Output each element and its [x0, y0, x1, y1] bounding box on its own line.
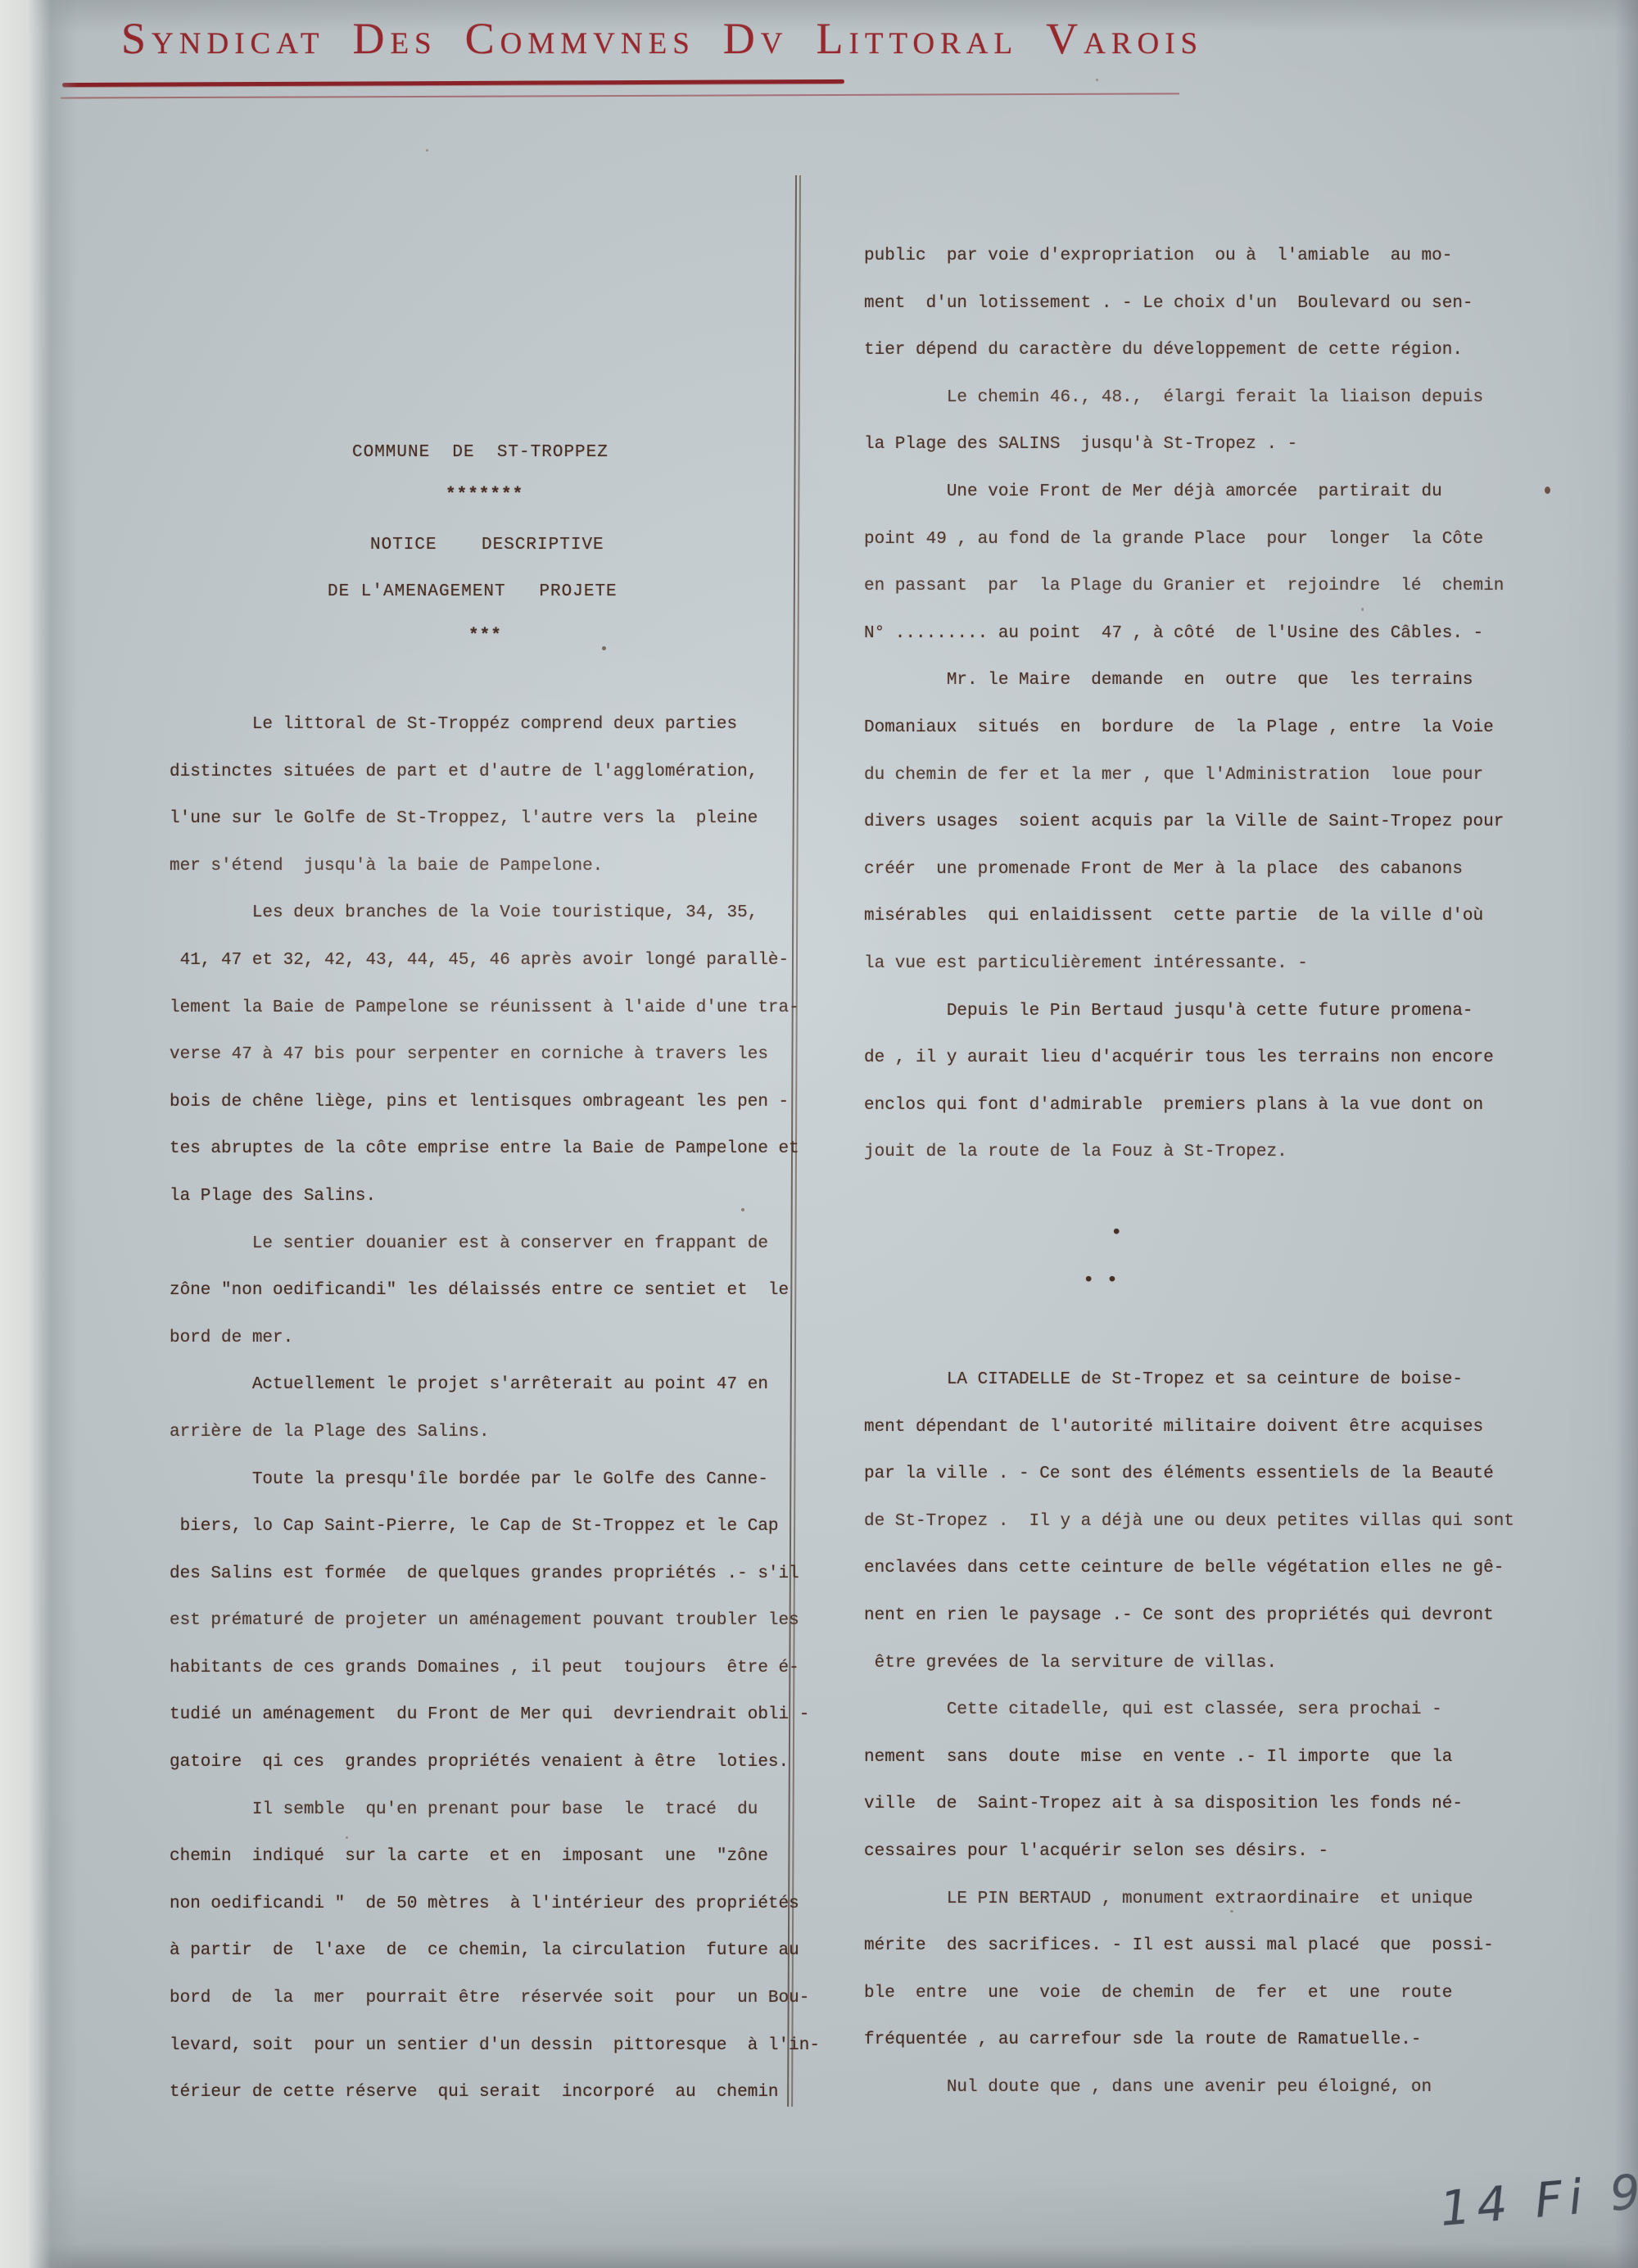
doc-title-amenagement: DE L'AMENAGEMENT PROJETE [328, 583, 618, 600]
ink-speck [1361, 608, 1364, 611]
doc-title-notice: NOTICE DESCRIPTIVE [370, 536, 604, 554]
letterhead-title: SyndicatdesCommvnesdvLittoralVarois [121, 13, 1231, 64]
ornament-asterisks: *** [468, 627, 502, 645]
scanned-document-photo: SyndicatdesCommvnesdvLittoralVarois COMM… [0, 0, 1638, 2268]
archive-reference-handwriting: 14 Fi 9 [1438, 2163, 1638, 2237]
ink-speck [741, 1208, 744, 1211]
letterhead-rule-thick [62, 79, 844, 87]
ink-speck [1096, 79, 1098, 81]
ink-speck [1230, 1910, 1233, 1913]
ink-speck [346, 1836, 348, 1839]
ornament-dot: • [1111, 1222, 1122, 1244]
doc-title-commune: COMMUNE DE ST-TROPPEZ [352, 444, 609, 461]
ink-speck [602, 646, 606, 650]
ornament-asterisks: ******* [446, 487, 523, 504]
right-column-text-bottom: LA CITADELLE de St-Tropez et sa ceinture… [864, 1356, 1560, 2112]
right-column-text-top: public par voie d'expropriation ou à l'a… [864, 233, 1560, 1176]
ink-speck [426, 149, 428, 152]
letterhead-rule-thin [61, 93, 1179, 98]
ornament-dots: • • [1083, 1270, 1118, 1292]
ink-speck [1545, 487, 1550, 494]
left-column-text: Le littoral de St-Troppéz comprend deux … [170, 701, 849, 2116]
